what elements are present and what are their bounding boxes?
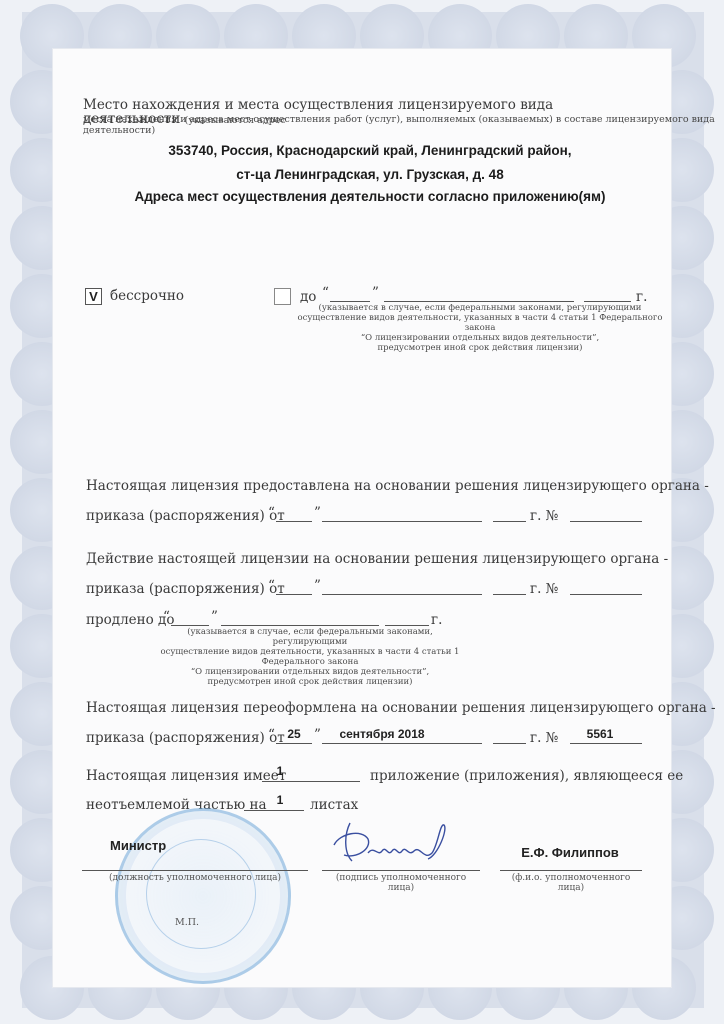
until-note: (указывается в случае, если федеральными… xyxy=(290,303,670,353)
position-caption: (должность уполномоченного лица) xyxy=(82,873,308,883)
location-heading-note-2: места нахождения и адреса мест осуществл… xyxy=(83,114,658,125)
reissued-close-quote: ” xyxy=(314,727,321,743)
extended-until-close-quote: ” xyxy=(211,609,218,625)
official-seal xyxy=(115,808,291,984)
extended-year-field[interactable] xyxy=(493,594,526,595)
address-line-3: Адреса мест осуществления деятельности с… xyxy=(80,189,660,204)
extended-order-prefix: приказа (распоряжения) от xyxy=(86,581,285,597)
extended-note-line: “О лицензировании отдельных видов деятел… xyxy=(150,667,470,677)
reissued-year-suffix: г. № xyxy=(530,730,558,746)
reissued-day: 25 xyxy=(276,727,312,741)
granted-year-suffix: г. № xyxy=(530,508,558,524)
appendix-sheets-suffix: листах xyxy=(310,797,358,813)
extended-until-year-suffix: г. xyxy=(431,612,442,628)
reissued-day-field[interactable] xyxy=(276,743,312,744)
until-note-line: осуществление видов деятельности, указан… xyxy=(290,313,670,333)
appendix-sheets-prefix: неотъемлемой частью на xyxy=(86,797,267,813)
reissued-open-quote: “ xyxy=(268,727,275,743)
signatory-position: Министр xyxy=(110,838,200,853)
granted-number-field[interactable] xyxy=(570,521,642,522)
appendix-suffix: приложение (приложения), являющееся ее xyxy=(370,768,683,784)
extended-open-quote: “ xyxy=(268,578,275,594)
granted-month-field[interactable] xyxy=(322,521,482,522)
extended-until-year-field[interactable] xyxy=(385,625,429,626)
granted-open-quote: “ xyxy=(268,505,275,521)
granted-line: Настоящая лицензия предоставлена на осно… xyxy=(86,478,709,494)
name-caption: (ф.и.о. уполномоченного лица) xyxy=(500,873,642,893)
extended-number-field[interactable] xyxy=(570,594,642,595)
reissued-line: Настоящая лицензия переоформлена на осно… xyxy=(86,700,716,716)
appendix-sheets: 1 xyxy=(262,793,298,807)
seal-emblem xyxy=(146,839,256,949)
extended-until-open-quote: “ xyxy=(163,609,170,625)
until-note-line: предусмотрен иной срок действия лицензии… xyxy=(290,343,670,353)
appendix-sheets-field[interactable] xyxy=(244,810,304,811)
extended-year-suffix: г. № xyxy=(530,581,558,597)
granted-day-field[interactable] xyxy=(276,521,312,522)
granted-order-prefix: приказа (распоряжения) от xyxy=(86,508,285,524)
reissued-number: 5561 xyxy=(570,727,630,741)
handwritten-signature xyxy=(322,815,462,875)
position-line xyxy=(82,870,308,871)
open-quote: “ xyxy=(322,285,329,301)
appendix-count-field[interactable] xyxy=(262,781,360,782)
appendix-prefix: Настоящая лицензия имеет xyxy=(86,768,286,784)
until-checkbox[interactable] xyxy=(274,288,291,305)
extended-until-prefix: продлено до xyxy=(86,612,175,628)
address-line-1: 353740, Россия, Краснодарский край, Лени… xyxy=(80,143,660,158)
address-line-2: ст-ца Ленинградская, ул. Грузская, д. 48 xyxy=(80,167,660,182)
reissued-month-field[interactable] xyxy=(322,743,482,744)
extended-until-day-field[interactable] xyxy=(171,625,209,626)
extended-day-field[interactable] xyxy=(276,594,312,595)
until-day-field[interactable] xyxy=(330,301,370,302)
location-heading-note-3: деятельности) xyxy=(83,125,155,136)
reissued-order-prefix: приказа (распоряжения) от xyxy=(86,730,285,746)
close-quote: ” xyxy=(372,285,379,301)
name-line xyxy=(500,870,642,871)
extended-note-line: предусмотрен иной срок действия лицензии… xyxy=(150,677,470,687)
unlimited-checkbox[interactable]: V xyxy=(85,288,102,305)
extended-note-line: осуществление видов деятельности, указан… xyxy=(150,647,470,667)
reissued-number-field[interactable] xyxy=(570,743,642,744)
extended-note-line: (указывается в случае, если федеральными… xyxy=(150,627,470,647)
extended-month-field[interactable] xyxy=(322,594,482,595)
reissued-month: сентября 2018 xyxy=(322,727,442,741)
granted-close-quote: ” xyxy=(314,505,321,521)
reissued-year-field[interactable] xyxy=(493,743,526,744)
granted-year-field[interactable] xyxy=(493,521,526,522)
until-note-line: “О лицензировании отдельных видов деятел… xyxy=(290,333,670,343)
seal-label: М.П. xyxy=(175,917,199,928)
signatory-name: Е.Ф. Филиппов xyxy=(500,845,640,860)
until-note-line: (указывается в случае, если федеральными… xyxy=(290,303,670,313)
extended-line: Действие настоящей лицензии на основании… xyxy=(86,551,668,567)
appendix-count: 1 xyxy=(262,764,298,778)
extended-note: (указывается в случае, если федеральными… xyxy=(150,627,470,687)
extended-close-quote: ” xyxy=(314,578,321,594)
extended-until-month-field[interactable] xyxy=(221,625,379,626)
signature-line xyxy=(322,870,480,871)
until-month-field[interactable] xyxy=(384,301,574,302)
until-year-field[interactable] xyxy=(584,301,631,302)
unlimited-label: бессрочно xyxy=(110,288,184,304)
signature-caption: (подпись уполномоченного лица) xyxy=(322,873,480,893)
